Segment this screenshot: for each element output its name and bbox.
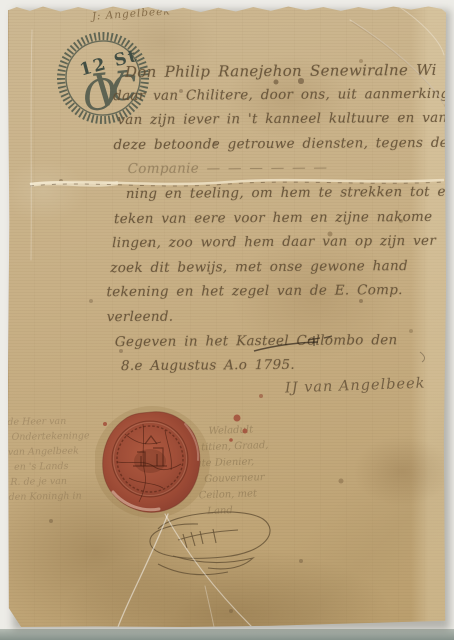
body-line: deze betoonde getrouwe diensten, tegens … bbox=[95, 135, 449, 162]
faded-line: Ondertekeninge bbox=[7, 430, 107, 447]
faded-line: en 's Lands bbox=[8, 460, 108, 477]
body-line: Gegeven in het Kasteel Collombo den bbox=[97, 331, 451, 358]
paper-specks bbox=[8, 4, 10, 6]
faded-line: van Angelbeek bbox=[8, 445, 108, 462]
body-line: verleend. bbox=[97, 307, 451, 334]
document-paper: J: Angelbeek 12 St O V C Don Philip Rane… bbox=[8, 4, 446, 627]
faded-marginal-note-left: de Heer van Ondertekeninge van Angelbeek… bbox=[7, 415, 109, 507]
body-line: tekening en het zegel van de E. Comp. bbox=[96, 282, 450, 309]
faded-line: R. de je van bbox=[8, 475, 108, 492]
body-line: ning en teeling, om hem te strekken tot … bbox=[96, 184, 450, 211]
body-line: lingen, zoo word hem daar van op zijn ve… bbox=[96, 233, 450, 260]
letter-body: Don Philip Ranejehon Senewiralne Wi daar… bbox=[95, 61, 451, 383]
wax-seal-icon bbox=[95, 404, 255, 526]
faded-line: de Heer van bbox=[7, 415, 107, 432]
body-line: daar van Chilitere, door ons, uit aanmer… bbox=[95, 85, 449, 112]
faded-line: den Koningh in bbox=[9, 490, 109, 507]
scanner-edge-strip bbox=[0, 629, 454, 640]
top-annotation: J: Angelbeek bbox=[92, 5, 171, 22]
body-line: zoek dit bewijs, met onse gewone hand bbox=[96, 258, 450, 285]
body-line: Don Philip Ranejehon Senewiralne Wi bbox=[95, 61, 449, 88]
scanned-document: J: Angelbeek 12 St O V C Don Philip Rane… bbox=[0, 0, 454, 640]
body-line: teken van eere voor hem en zijne nakome bbox=[96, 208, 450, 235]
body-line: van zijn iever in 't kanneel kultuure en… bbox=[95, 110, 449, 137]
body-line: Companie — — — — — — bbox=[96, 159, 450, 186]
